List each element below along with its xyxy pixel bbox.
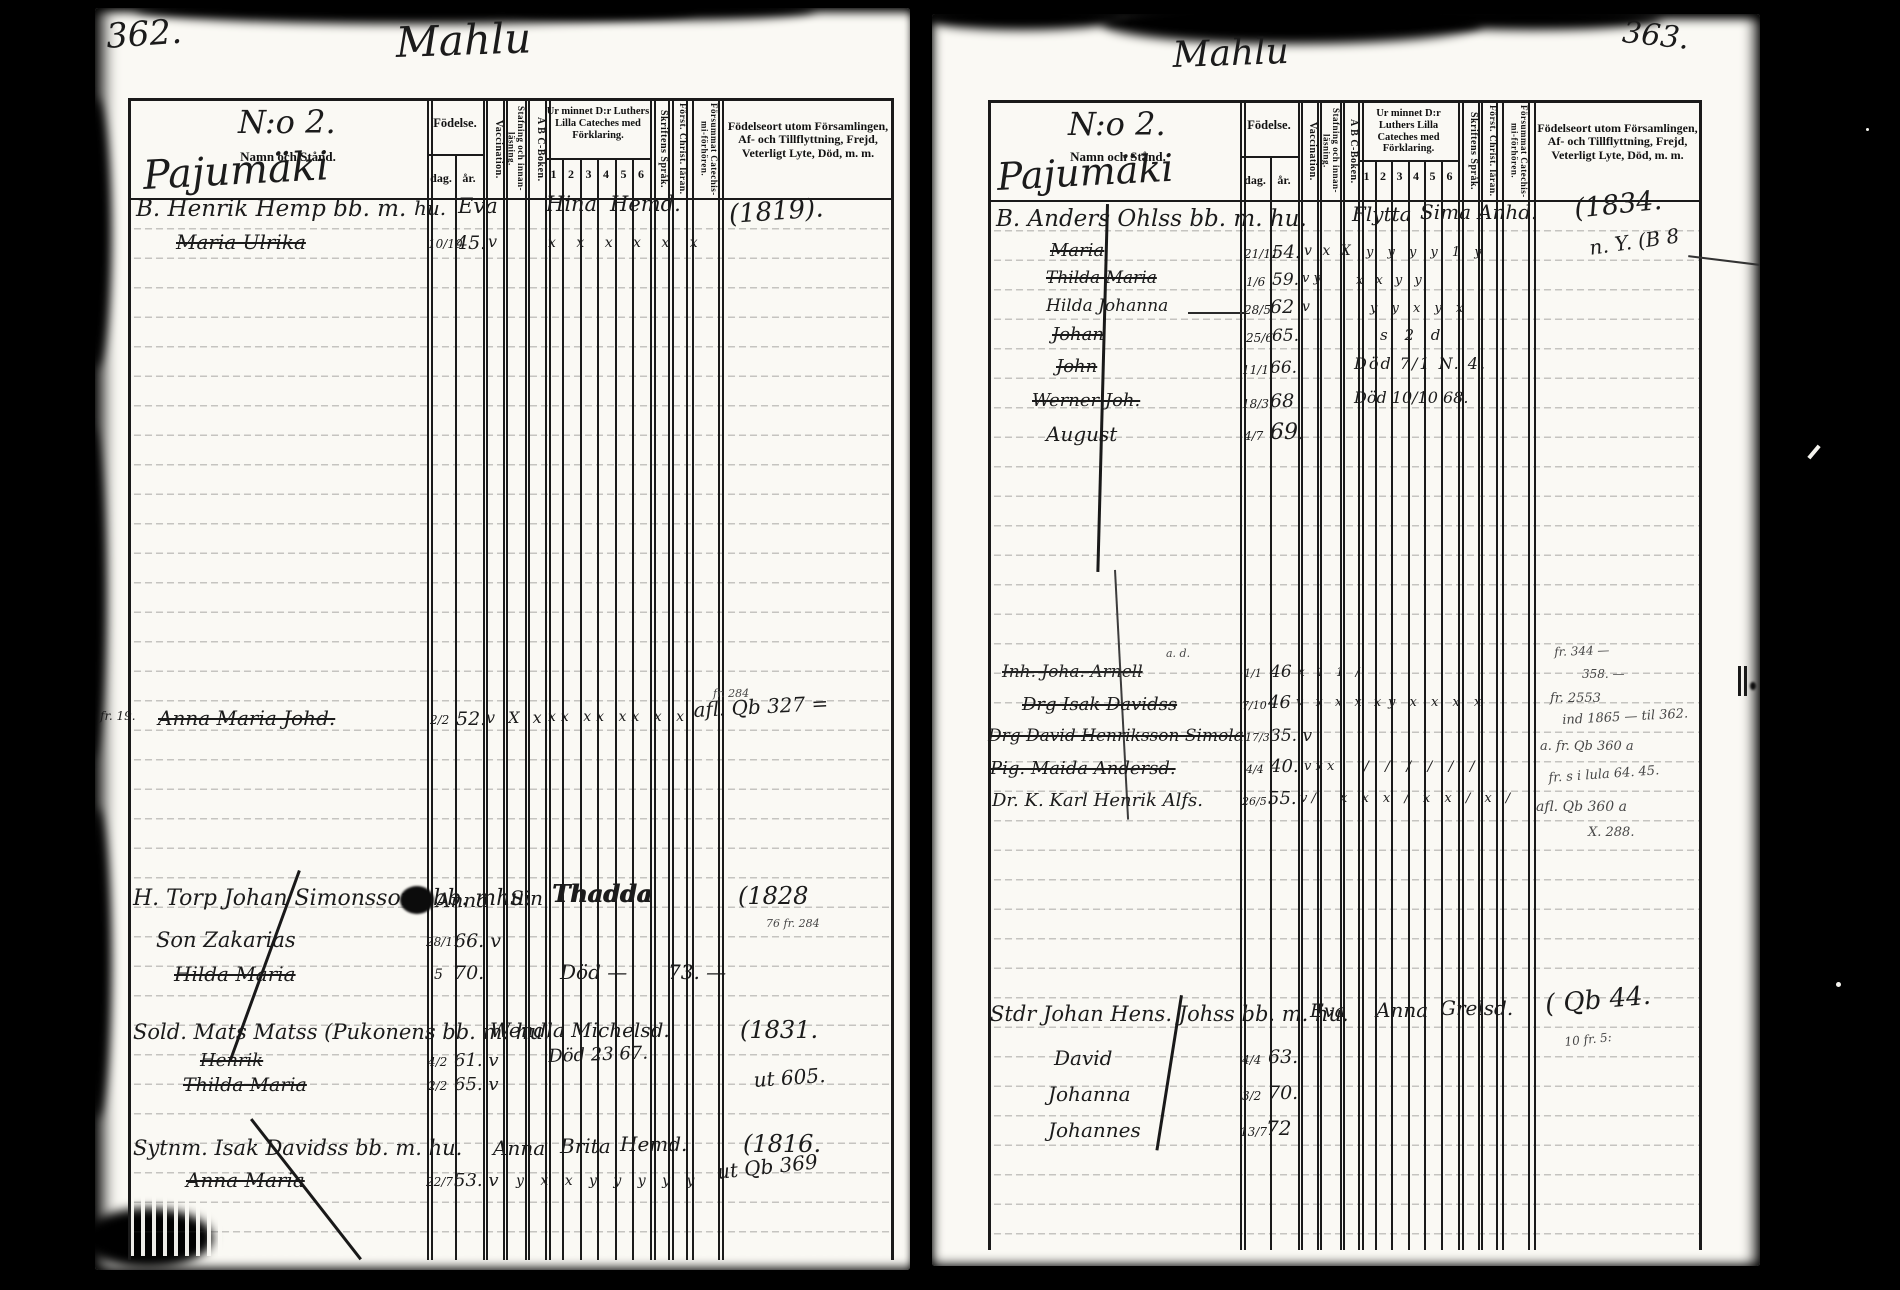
- entry-name: August: [1046, 424, 1117, 444]
- entry-marks: / / / / / /: [1364, 760, 1481, 774]
- entry-dag: 25/6: [1246, 332, 1273, 344]
- entry-cell: Sin: [510, 888, 543, 908]
- margin-note: ut Qb 369: [716, 1151, 819, 1181]
- cateches-col-1: 1: [545, 168, 562, 181]
- skriftens-sprak-label: Skriftens Språk.: [1463, 103, 1478, 199]
- cateches-col-4: 4: [597, 168, 615, 181]
- entry-cell: Anna: [1376, 1000, 1428, 1020]
- left-page-title: Mahlu: [395, 17, 532, 64]
- cateches-col-6: 6: [632, 168, 650, 181]
- column-line: [1458, 100, 1460, 1250]
- entry-cell: Anna: [493, 1138, 545, 1158]
- entry-name-struck: Hilda Maria: [174, 964, 386, 984]
- entry-marks: x x x x x x: [548, 236, 706, 250]
- entry-ar: 65. v: [454, 1076, 499, 1094]
- entry-name-struck: Johan: [1052, 326, 1224, 344]
- entry-name: Hilda Johanna: [1046, 298, 1168, 315]
- column-line: [545, 98, 547, 1260]
- scan-noise-blob: [95, 808, 111, 1118]
- margin-note: (1819).: [728, 195, 824, 228]
- stafning-label: Stafning och innan-läsning.: [1318, 103, 1340, 199]
- forsummat-label: Försummat Catechis- mi-förhören.: [1501, 103, 1528, 199]
- fodelse-split-line: [1240, 156, 1298, 158]
- death-note: Död 7/1 N. 4.: [1354, 356, 1487, 372]
- entry-ar: 65.: [1272, 328, 1299, 345]
- column-line: [1502, 100, 1504, 1250]
- margin-note: ( Qb 44.: [1544, 983, 1652, 1018]
- entry-ar: 66. v: [454, 932, 501, 951]
- entry-dag: 1/1: [1244, 668, 1262, 679]
- pencil-annotation: fr. s i lula 64. 45.: [1548, 764, 1660, 785]
- village-name: Pajumäki: [996, 149, 1174, 196]
- column-line: [722, 98, 724, 1260]
- forst-christ-laran-label: Först. Christ. läran.: [670, 101, 686, 197]
- entry-name: Sold. Mats Matss (Pukonens bb. m. hu.: [133, 1022, 550, 1043]
- entry-dag: 4/2: [428, 1056, 447, 1068]
- entry-ar: 40.: [1270, 758, 1299, 776]
- right-page-number: 363.: [1621, 18, 1691, 55]
- scan-speck: [1836, 982, 1841, 987]
- cateches-col-3: 3: [1391, 170, 1408, 183]
- column-line: [654, 98, 656, 1260]
- entry-name: B. Henrik Hemp bb. m.: [136, 198, 406, 221]
- margin-ref: fr. 19.: [100, 710, 136, 722]
- column-line: [1481, 100, 1483, 1250]
- entry-cell: Hemd.: [620, 1134, 687, 1154]
- entry-name-struck: Drg David Henriksson Simola: [988, 728, 1264, 745]
- column-line: [506, 98, 508, 1260]
- scan-speck: [1866, 128, 1869, 131]
- entry-name-struck: Pig. Maida Andersd.: [990, 760, 1256, 778]
- entry-name-struck: Thilda Maria: [183, 1076, 367, 1095]
- cateches-col-6: 6: [1441, 170, 1458, 183]
- entry-dag: 2/2: [430, 714, 449, 726]
- entry-cell: Brita: [560, 1136, 611, 1156]
- ink-blot: [400, 886, 434, 914]
- abc-boken-label: A B C-Boken.: [1341, 103, 1358, 199]
- record-number: N:o 2.: [238, 106, 336, 138]
- entry-ar: 72: [1266, 1118, 1291, 1138]
- entry-ar: 46: [1268, 694, 1291, 712]
- entry-ar: 53. v: [454, 1172, 499, 1190]
- table-border-right: [1699, 100, 1702, 1250]
- margin-note-small: 76 fr. 284: [766, 918, 820, 929]
- right-page-title: Mahlu: [1172, 34, 1289, 74]
- entry-marks: v: [1302, 300, 1310, 314]
- column-line: [672, 98, 674, 1260]
- dag-label: dag.: [427, 172, 455, 185]
- right-table: N:o 2. Namn och Stånd. Pajumäki Födelse.…: [988, 100, 1706, 1250]
- column-line: [549, 98, 551, 1260]
- death-note: Död 23 67.: [548, 1045, 648, 1066]
- entry-name-struck: Maria: [1050, 242, 1214, 260]
- entry-ar: 59.: [1272, 272, 1299, 289]
- entry-name: Sytnm. Isak Davidss bb. m. hu.: [133, 1138, 462, 1159]
- pencil-annotation: a. fr. Qb 360 a: [1540, 740, 1634, 753]
- entry-marks: x x x / x x / x /: [1340, 792, 1515, 805]
- entry-ar: 54.: [1272, 244, 1301, 262]
- entry-dag: 4/4: [1246, 764, 1264, 775]
- margin-note: (1834.: [1573, 187, 1663, 223]
- abc-boken-label: A B C-Boken.: [526, 101, 545, 197]
- entry-marks: xx xx xx x x: [548, 710, 689, 724]
- left-page-number: 362.: [105, 15, 183, 54]
- cateches-col-5: 5: [615, 168, 632, 181]
- entry-marks: s 2 d: [1380, 328, 1446, 343]
- column-line: [528, 98, 530, 1260]
- table-border-right: [891, 98, 894, 1260]
- table-border-left: [128, 98, 131, 1260]
- entry-dag: 11/1: [1242, 364, 1269, 376]
- entry-ar: 70.: [1268, 1084, 1298, 1103]
- entry-name-struck: Inh. Joha. Arnell: [1002, 664, 1183, 681]
- entry-ar: 52.: [456, 710, 486, 729]
- cateches-col-5: 5: [1424, 170, 1441, 183]
- village-name: Pajumäki: [142, 146, 330, 196]
- fodelseort-label: Födelseort utom Församlingen, Af- och Ti…: [724, 120, 892, 160]
- column-line: [1534, 100, 1536, 1250]
- entry-dag: 5: [434, 968, 443, 982]
- column-line: [668, 98, 670, 1260]
- entry-cell: Wendla Michelsd.: [490, 1020, 670, 1040]
- pencil-annotation: fr. 344 —: [1554, 644, 1610, 658]
- entry-marks: y x x y y y y y: [516, 1174, 700, 1188]
- pencil-annotation: afl. Qb 360 a: [1536, 800, 1627, 814]
- pencil-annotation: ind 1865 — til 362.: [1562, 707, 1688, 727]
- entry-ar: 63.: [1268, 1048, 1298, 1067]
- margin-note: (1828: [738, 884, 808, 908]
- cateches-col-2: 2: [562, 168, 580, 181]
- entry-ar: 46: [1270, 664, 1292, 681]
- cateches-col-2: 2: [1375, 170, 1391, 183]
- entry-dag: 4/7: [1244, 430, 1263, 442]
- entry-ar: 61. v: [454, 1052, 499, 1070]
- column-line: [686, 98, 688, 1260]
- entry-name: Dr. K. Karl Henrik Alfs.: [992, 792, 1203, 810]
- cateches-label: Ur minnet D:r Luthers Lilla Cateches med…: [546, 106, 650, 141]
- ar-label: år.: [1270, 174, 1298, 187]
- entry-ar: 55.: [1268, 790, 1297, 808]
- entry-name-struck: Drg Isak Davidss: [1022, 696, 1207, 714]
- scan-noise-blob: [95, 98, 111, 368]
- entry-name-struck: Thilda Maria: [1046, 270, 1187, 287]
- entry-ar: 70.: [454, 964, 484, 983]
- margin-note: (1831.: [740, 1018, 818, 1042]
- margin-note-small: 10 fr. 5:: [1564, 1031, 1612, 1048]
- entry-dag: 13/7: [1240, 1126, 1267, 1138]
- column-line: [1496, 100, 1498, 1250]
- entry-ar: 66.: [1270, 360, 1297, 377]
- forst-christ-laran-label: Först. Christ. läran.: [1481, 103, 1496, 199]
- pencil-annotation: fr. 2553: [1550, 692, 1601, 705]
- cateches-label: Ur minnet D:r Luthers Lilla Cateches med…: [1359, 108, 1458, 155]
- entry-marks: v: [488, 234, 497, 250]
- column-line: [525, 98, 527, 1260]
- entry-marks: x 1 1 /: [1298, 666, 1364, 678]
- stafning-label: Stafning och innan-läsning.: [504, 101, 525, 197]
- dag-label: dag.: [1240, 174, 1270, 187]
- entry-ar: 69.: [1270, 422, 1305, 444]
- entry-cell: Hina: [546, 194, 597, 215]
- entry-marks: y y y y 1 y: [1366, 246, 1487, 259]
- entry-name: Stdr Johan Hens. Johss bb. m. hu.: [990, 1004, 1349, 1025]
- death-note: 73. —: [668, 962, 726, 982]
- ar-label: år.: [455, 172, 483, 185]
- left-page: 362. Mahlu N:o 2. N: [95, 8, 910, 1270]
- fodelseort-label: Födelseort utom Församlingen, Af- och Ti…: [1536, 122, 1699, 162]
- entry-name-struck: Anna Maria: [186, 1170, 375, 1190]
- record-number: N:o 2.: [1068, 108, 1166, 140]
- entry-dag: 17/3: [1245, 732, 1270, 743]
- scanned-ledger-spread: { "page_header": { "no": "N:o 2.", "namn…: [0, 0, 1900, 1290]
- cateches-col-3: 3: [580, 168, 597, 181]
- margin-note: n. Y. (B 8: [1588, 225, 1680, 257]
- pencil-annotation: X. 288.: [1588, 826, 1634, 839]
- entry-ar: 45.: [456, 234, 486, 253]
- entry-marks: x x y y: [1356, 274, 1426, 287]
- entry-name-struck: Werner Joh.: [1032, 392, 1200, 410]
- fodelse-label: Födelse.: [1240, 118, 1298, 132]
- entry-marks: v x x x x: [1296, 696, 1385, 709]
- entry-cell: Sima: [1420, 202, 1471, 222]
- column-line: [1240, 100, 1242, 1250]
- entry-marks: v y.: [1302, 272, 1323, 285]
- column-line: [1478, 100, 1480, 1250]
- vaccination-label: Vaccination.: [484, 101, 503, 197]
- entry-dag: 28/5: [1244, 304, 1271, 316]
- entry-name: David: [1054, 1048, 1112, 1068]
- entry-cell: Eva: [1310, 1002, 1346, 1021]
- entry-marks: y x x x x: [1388, 696, 1486, 709]
- left-table: N:o 2. Namn och Stånd. Pajumäki Födelse.…: [128, 98, 895, 1260]
- margin-note: ut 605.: [753, 1065, 826, 1090]
- death-note: Död —: [560, 962, 627, 982]
- margin-note: afl. Qb 327 =: [693, 693, 829, 720]
- ink-dash: [1188, 312, 1246, 314]
- cateches-split-line: [1358, 160, 1458, 162]
- entry-cell: hu.: [414, 198, 446, 218]
- entry-dag: 22/7: [426, 1176, 453, 1188]
- edge-ink-mark: [1738, 666, 1741, 696]
- entry-marks: y y x y x: [1370, 302, 1468, 315]
- entry-name: Johannes: [1048, 1120, 1141, 1140]
- column-line: [1528, 100, 1530, 1250]
- entry-marks: v x x: [1304, 760, 1334, 773]
- fodelse-split-line: [427, 154, 483, 156]
- entry-marks: v /: [1300, 792, 1316, 805]
- vaccination-label: Vaccination.: [1299, 103, 1317, 199]
- scan-speck: [1807, 445, 1820, 460]
- entry-name-struck: John: [1056, 358, 1157, 376]
- margin-note-small: a. d.: [1166, 648, 1190, 659]
- column-line: [692, 98, 694, 1260]
- entry-dag: 26/5: [1242, 796, 1267, 807]
- entry-name-struck: Maria Ulrika: [176, 232, 376, 252]
- entry-ar: 62: [1270, 298, 1294, 317]
- entry-dag: 1/6: [1246, 276, 1265, 288]
- entry-cell: Eva: [458, 196, 498, 217]
- column-line: [650, 98, 652, 1260]
- cateches-col-1: 1: [1358, 170, 1375, 183]
- cateches-split-line: [545, 158, 650, 160]
- pencil-annotation: 358. —: [1582, 668, 1625, 680]
- entry-cell: Anhd.: [1478, 202, 1537, 222]
- entry-marks: v X x: [486, 710, 546, 726]
- entry-name-struck: Anna Maria Johd.: [158, 708, 395, 728]
- entry-cell: Anna: [436, 890, 488, 910]
- entry-ar: 35. v: [1270, 728, 1312, 745]
- entry-name: Johanna: [1048, 1084, 1131, 1104]
- entry-marks: v x X: [1304, 244, 1354, 258]
- entry-dag: 18/3: [1242, 398, 1269, 410]
- forsummat-label: Försummat Catechis- mi-förhören.: [691, 101, 718, 197]
- entry-dag: 4/4: [1242, 1054, 1261, 1066]
- column-line: [503, 98, 505, 1260]
- entry-cell: Grelsd.: [1440, 998, 1513, 1018]
- entry-dag: 3/2: [1242, 1090, 1261, 1102]
- entry-dag: 7/10: [1242, 700, 1267, 711]
- right-page: Mahlu 363. N:o 2. Namn och St: [932, 14, 1760, 1266]
- entry-cell: Flytta: [1352, 204, 1412, 224]
- cateches-col-4: 4: [1408, 170, 1424, 183]
- fodelse-label: Födelse.: [427, 116, 483, 130]
- edge-ink-mark: [1744, 666, 1747, 696]
- entry-cell: Hemd.: [610, 194, 681, 215]
- column-line: [1462, 100, 1464, 1250]
- entry-name: B. Anders Ohlss bb. m. hu.: [996, 208, 1307, 231]
- column-line: [718, 98, 720, 1260]
- death-note: Död 10/10 68.: [1354, 390, 1468, 406]
- entry-dag: 2/2: [428, 1080, 447, 1092]
- scan-noise-blob: [932, 14, 1122, 30]
- entry-ar: 68: [1270, 392, 1294, 411]
- skriftens-sprak-label: Skriftens Språk.: [652, 101, 668, 197]
- entry-cell-scrawl: Thadda: [552, 882, 652, 906]
- table-border-left: [988, 100, 991, 1250]
- edge-ink-mark: [1750, 682, 1756, 690]
